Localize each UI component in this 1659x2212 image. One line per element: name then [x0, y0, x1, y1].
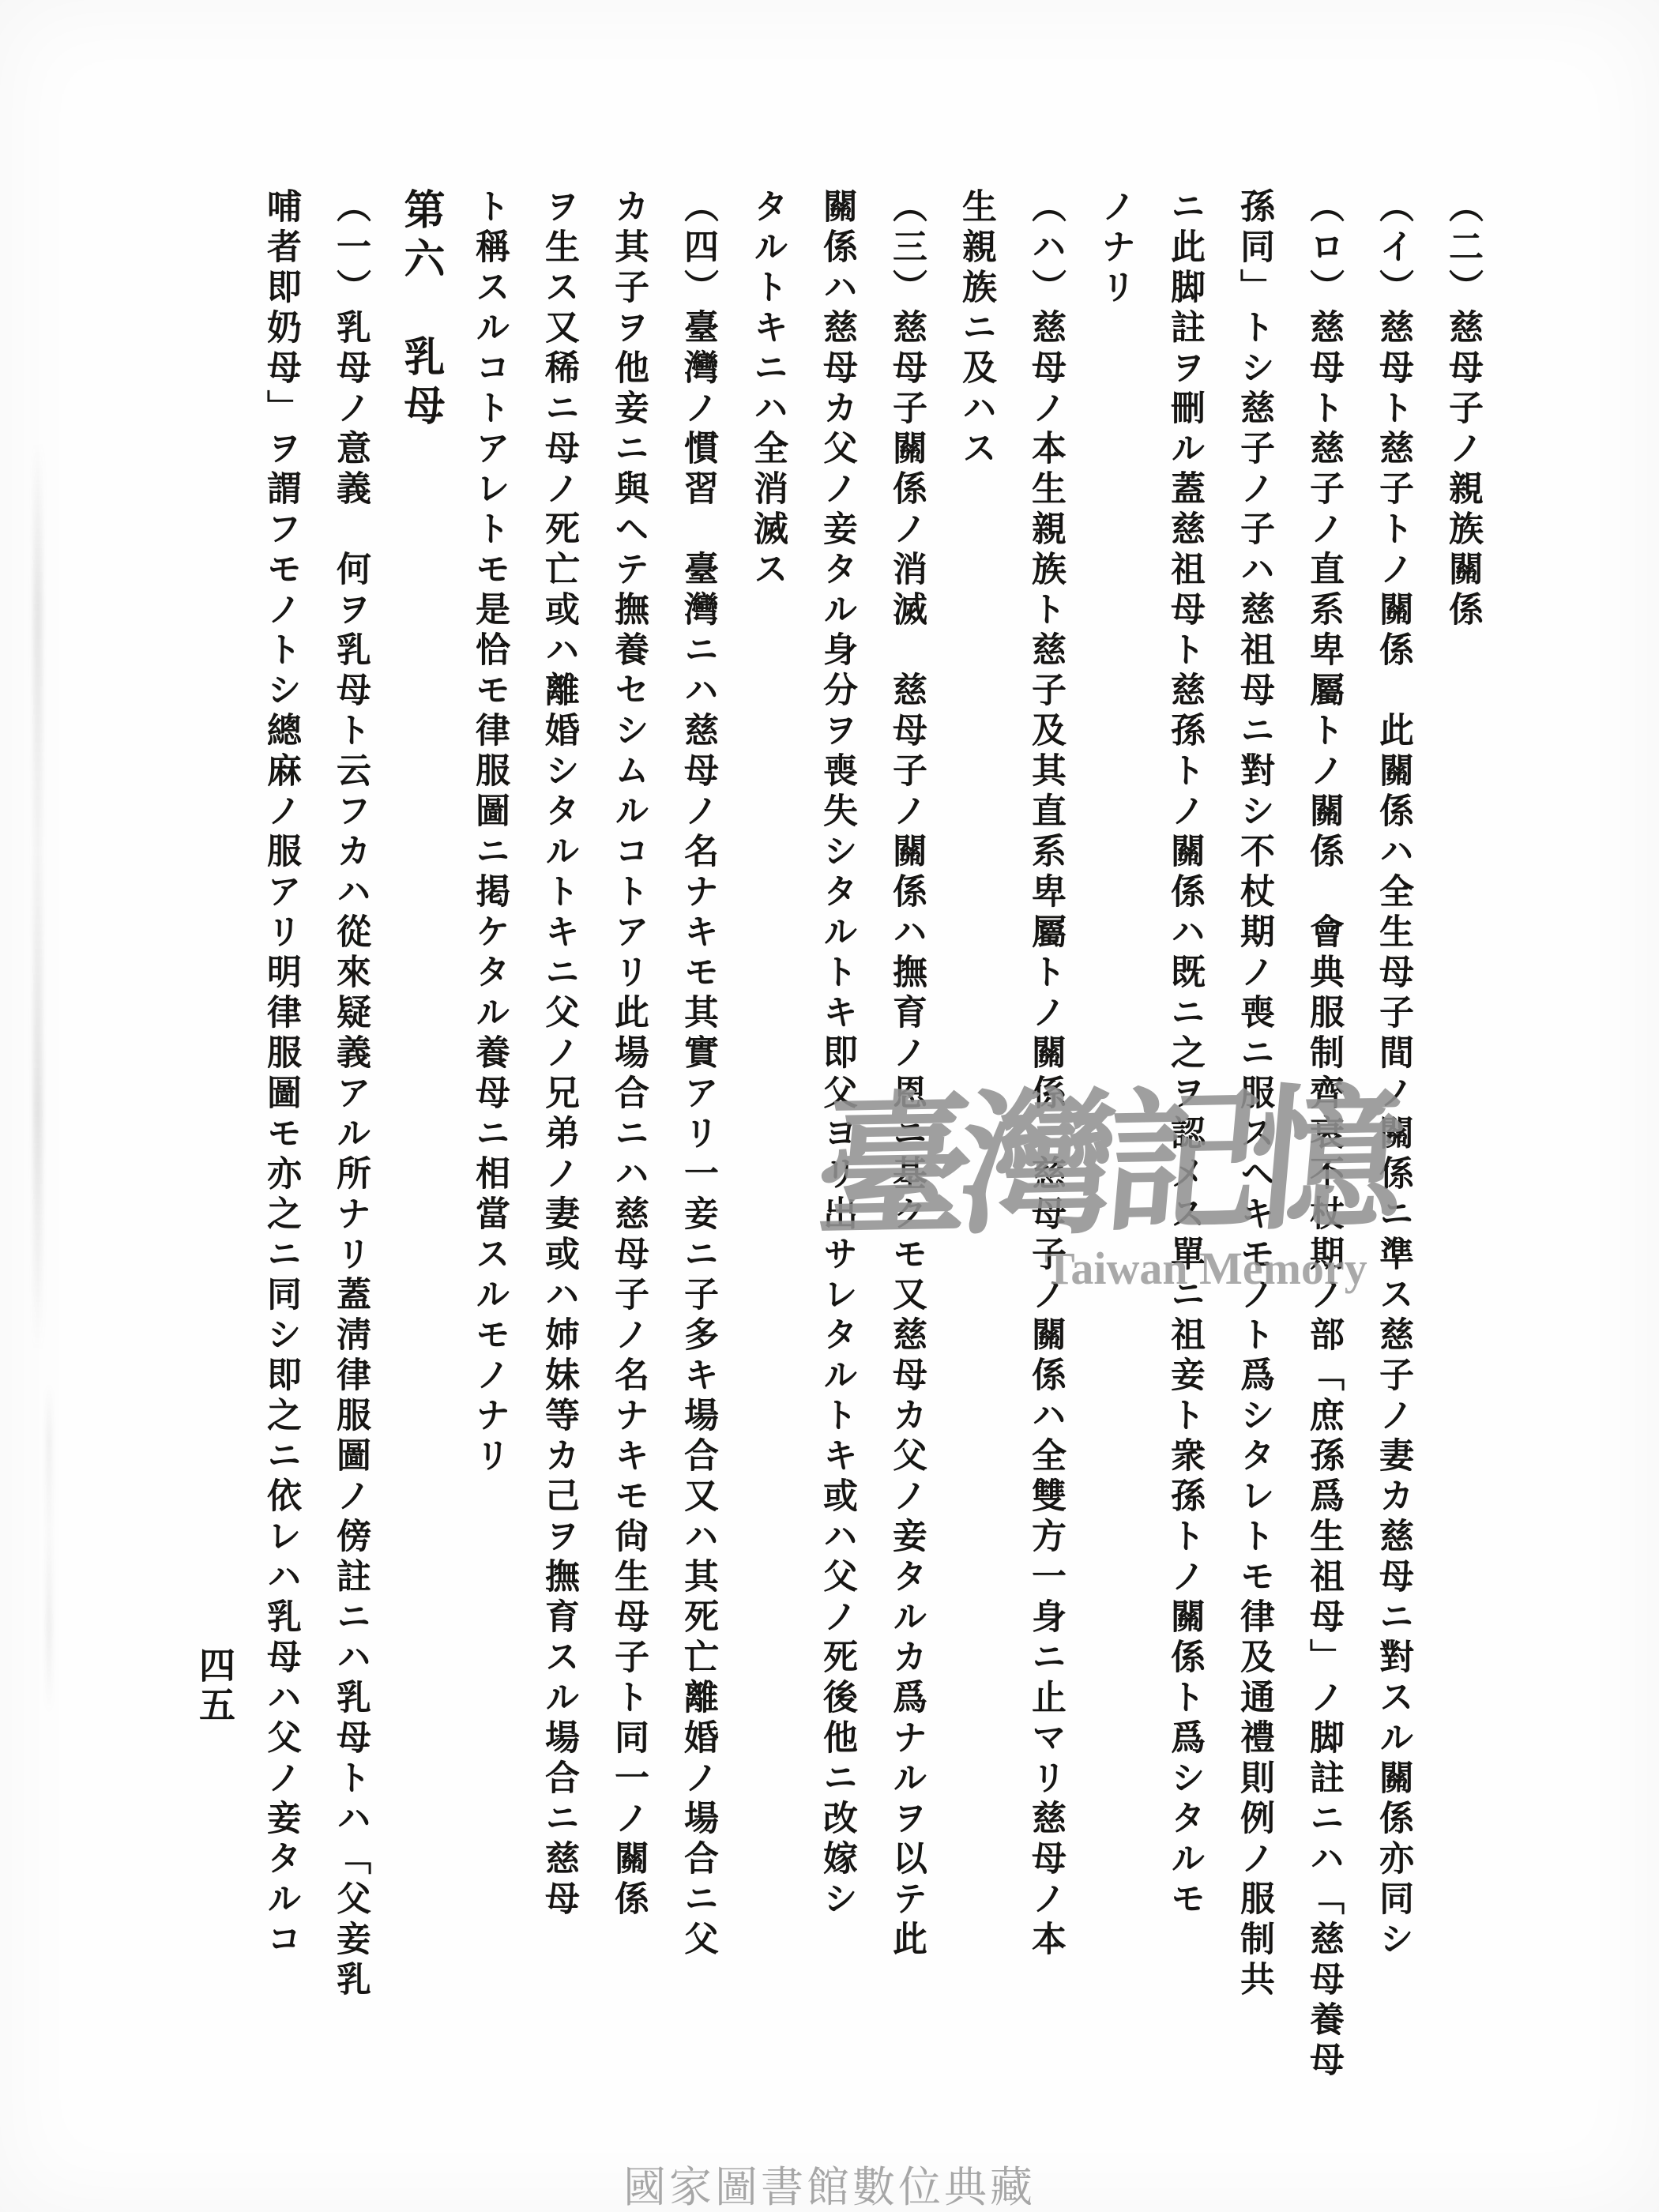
text-column: 哺者即奶母」ヲ謂フモノトシ總麻ノ服アリ明律服圖モ亦之ニ同シ即之ニ依レハ乳母ハ父ノ…	[246, 188, 315, 2108]
text-column: （四）臺灣ノ慣習 臺灣ニハ慈母ノ名ナキモ其實アリ一妾ニ子多キ場合又ハ其死亡離婚ノ…	[663, 188, 732, 2108]
taiwan-memory-watermark-cjk: 臺灣記憶	[811, 1084, 1400, 1249]
text-column: ヲ生ス又稀ニ母ノ死亡或ハ離婚シタルトキニ父ノ兄弟ノ妻或ハ姉妹等カ己ヲ撫育スル場合…	[524, 188, 593, 2108]
text-column: （二）慈母子ノ親族關係	[1428, 188, 1497, 2108]
taiwan-memory-watermark-latin: Taiwan Memory	[1044, 1242, 1367, 1295]
text-column: カ其子ヲ他妾ニ與ヘテ撫養セシムルコトアリ此場合ニハ慈母子ノ名ナキモ尙生母子ト同一…	[593, 188, 663, 2108]
archive-footer-caption: 國家圖書館數位典藏	[0, 2154, 1659, 2212]
page-number: 四五	[188, 1646, 240, 1725]
text-column: （一）乳母ノ意義 何ヲ乳母ト云フカハ從來疑義アル所ナリ蓋淸律服圖ノ傍註ニハ乳母ト…	[315, 188, 385, 2108]
text-column: タルトキニハ全消滅ス	[732, 188, 802, 2108]
scan-smudge	[33, 442, 43, 1351]
scanned-document-page: （二）慈母子ノ親族關係 （イ）慈母ト慈子トノ關係 此關係ハ全生母子間ノ關係ニ準ス…	[0, 0, 1659, 2212]
text-column: ト稱スルコトアレトモ是恰モ律服圖ニ掲ケタル養母ニ相當スルモノナリ	[454, 188, 524, 2108]
section-heading-column: 第六 乳母	[385, 188, 454, 2108]
scan-smudge	[46, 1382, 52, 1714]
